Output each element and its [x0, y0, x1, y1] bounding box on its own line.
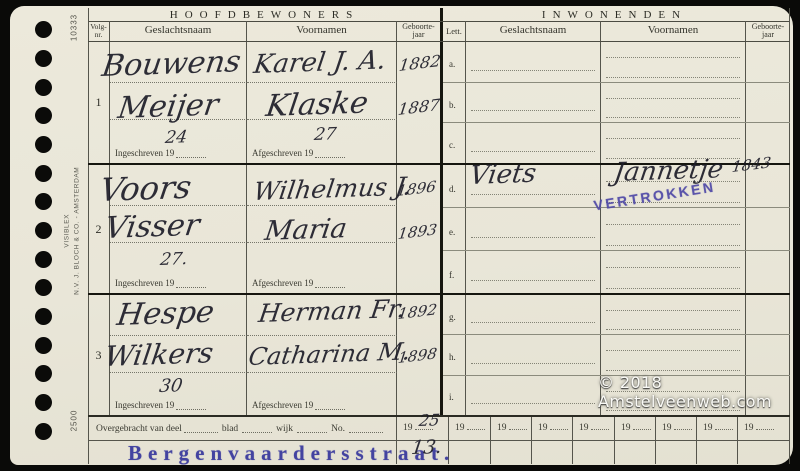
- empty-cell: [697, 441, 738, 464]
- row-letter: b.: [443, 83, 466, 123]
- row-letter: a.: [443, 42, 466, 82]
- surname-cell: [466, 251, 601, 293]
- surname-header-right: Geslachtsnaam: [466, 21, 601, 41]
- punch-hole: [35, 423, 52, 440]
- manufacturer-name: N.V. J. BLOCH & CO. - AMSTERDAM: [72, 146, 82, 316]
- empty-cell: [738, 441, 790, 464]
- printer-imprint-vertical: VISIBLEX N.V. J. BLOCH & CO. - AMSTERDAM: [62, 146, 82, 316]
- inwonenden-row: e.: [443, 208, 790, 251]
- birthyear-cell: [746, 208, 790, 250]
- surname-handwriting: Visser: [103, 211, 201, 244]
- year-cell: 19: [697, 417, 738, 440]
- year-cell: 19: [532, 417, 573, 440]
- hoofdbewoners-title: HOOFDBEWONERS: [89, 8, 440, 21]
- volgnr-header: Volg-nr.: [88, 21, 110, 41]
- firstnames-cell: [601, 295, 746, 334]
- punch-hole: [35, 337, 52, 354]
- year-cell: 19: [449, 417, 491, 440]
- firstnames-header-right: Voornamen: [601, 21, 746, 41]
- year-cell: 19: [738, 417, 790, 440]
- firstnames-handwriting: Klaske: [264, 88, 370, 122]
- birthyear-cell: [746, 335, 790, 374]
- surname-handwriting: Wilkers: [103, 339, 215, 371]
- afgeschreven-year-handwriting: 27: [313, 126, 337, 144]
- punch-hole: [35, 193, 52, 210]
- surname-cell: [466, 123, 601, 163]
- firstnames-cell: [601, 42, 746, 82]
- afgeschreven-cell: Afgeschreven 19: [247, 373, 397, 415]
- empty-cell: [532, 441, 573, 464]
- form-number-vertical: 10333: [70, 8, 79, 48]
- title-band: HOOFDBEWONERS INWONENDEN: [89, 8, 789, 22]
- surname-handwriting: Voors: [98, 171, 193, 206]
- brand-name: VISIBLEX: [62, 146, 72, 316]
- row-letter: e.: [443, 208, 466, 250]
- surname-handwriting: Viets: [468, 161, 538, 189]
- punch-hole: [35, 79, 52, 96]
- year-cell: 19: [573, 417, 615, 440]
- empty-cell: [449, 441, 491, 464]
- firstnames-handwriting: Catharina M.: [247, 339, 412, 369]
- birthyear-cell: [746, 295, 790, 334]
- row-letter: f.: [443, 251, 466, 293]
- punch-hole: [35, 107, 52, 124]
- row-letter: d.: [443, 165, 466, 207]
- inwonenden-rows-abc: a. b. c.: [443, 42, 790, 163]
- lett-header: Lett.: [443, 21, 466, 41]
- inwonenden-title: INWONENDEN: [440, 8, 789, 21]
- punch-hole: [35, 365, 52, 382]
- ingeschreven-year-handwriting: 27.: [159, 251, 189, 269]
- inwonenden-row: f.: [443, 251, 790, 293]
- inwonenden-row: a.: [443, 42, 790, 83]
- street-name-stamp: Bergenvaardersstraat.: [128, 441, 455, 466]
- birthyear-cell: [746, 251, 790, 293]
- birthyear-cell: [746, 83, 790, 123]
- firstnames-cell: [601, 208, 746, 250]
- birthyear-header-left: Geboorte-jaar: [397, 21, 440, 41]
- surname-cell: [466, 208, 601, 250]
- year-cell: 19: [615, 417, 656, 440]
- surname-cell: [466, 335, 601, 374]
- row-letter: h.: [443, 335, 466, 374]
- firstnames-header-left: Voornamen: [247, 21, 397, 41]
- punch-hole: [35, 279, 52, 296]
- punch-hole: [35, 50, 52, 67]
- ingeschreven-year-handwriting: 30: [158, 377, 184, 396]
- empty-cell: [656, 441, 697, 464]
- firstnames-cell: [601, 251, 746, 293]
- transfer-cell: Overgebracht van deel blad wijk No.: [88, 417, 397, 440]
- surname-cell: [466, 83, 601, 123]
- punch-hole: [35, 308, 52, 325]
- inwonenden-row: b.: [443, 83, 790, 124]
- footer-year-cell: [397, 243, 440, 293]
- punch-hole: [35, 21, 52, 38]
- birthyear-header-right: Geboorte-jaar: [746, 21, 790, 41]
- footer-year-cell: [397, 373, 440, 415]
- row-letter: c.: [443, 123, 466, 163]
- surname-cell: [466, 42, 601, 82]
- inwonenden-row: h.: [443, 335, 790, 375]
- row-letter: g.: [443, 295, 466, 334]
- surname-handwriting: Meijer: [116, 91, 220, 124]
- firstnames-handwriting: Herman Fr.: [257, 296, 407, 326]
- punch-hole: [35, 165, 52, 182]
- surname-cell: [466, 376, 601, 415]
- afgeschreven-cell: Afgeschreven 19: [247, 243, 397, 293]
- punch-hole: [35, 136, 52, 153]
- ingeschreven-year-handwriting: 24: [164, 129, 188, 147]
- surname-cell: [466, 295, 601, 334]
- empty-cell: [491, 441, 532, 464]
- inwonenden-row: g.: [443, 295, 790, 335]
- footer-year-cell: [397, 120, 440, 163]
- screenshot-root: 10333 VISIBLEX N.V. J. BLOCH & CO. - AMS…: [0, 0, 800, 471]
- punch-hole: [35, 222, 52, 239]
- firstnames-cell: [601, 335, 746, 374]
- empty-cell: [615, 441, 656, 464]
- transfer-year-handwriting: 25: [418, 412, 441, 429]
- empty-cell: [573, 441, 615, 464]
- surname-header-left: Geslachtsnaam: [110, 21, 247, 41]
- year-cell: 19: [491, 417, 532, 440]
- firstnames-handwriting: Wilhelmus J.: [252, 174, 413, 204]
- firstnames-cell: [601, 83, 746, 123]
- punch-hole: [35, 394, 52, 411]
- firstnames-handwriting: Maria: [263, 215, 349, 245]
- surname-handwriting: Hespe: [115, 298, 216, 331]
- firstnames-handwriting: Karel J. A.: [252, 47, 388, 78]
- print-run-vertical: 2500: [70, 401, 79, 441]
- house-number-handwriting: 13.: [410, 438, 443, 458]
- year-cell: 19: [656, 417, 697, 440]
- punch-hole: [35, 251, 52, 268]
- row-letter: i.: [443, 376, 466, 415]
- surname-handwriting: Bouwens: [100, 47, 243, 82]
- copyright-watermark: © 2018 Amstelveenweb.com: [598, 373, 800, 411]
- birthyear-cell: [746, 42, 790, 82]
- column-header-row: Volg-nr. Geslachtsnaam Voornamen Geboort…: [88, 21, 790, 42]
